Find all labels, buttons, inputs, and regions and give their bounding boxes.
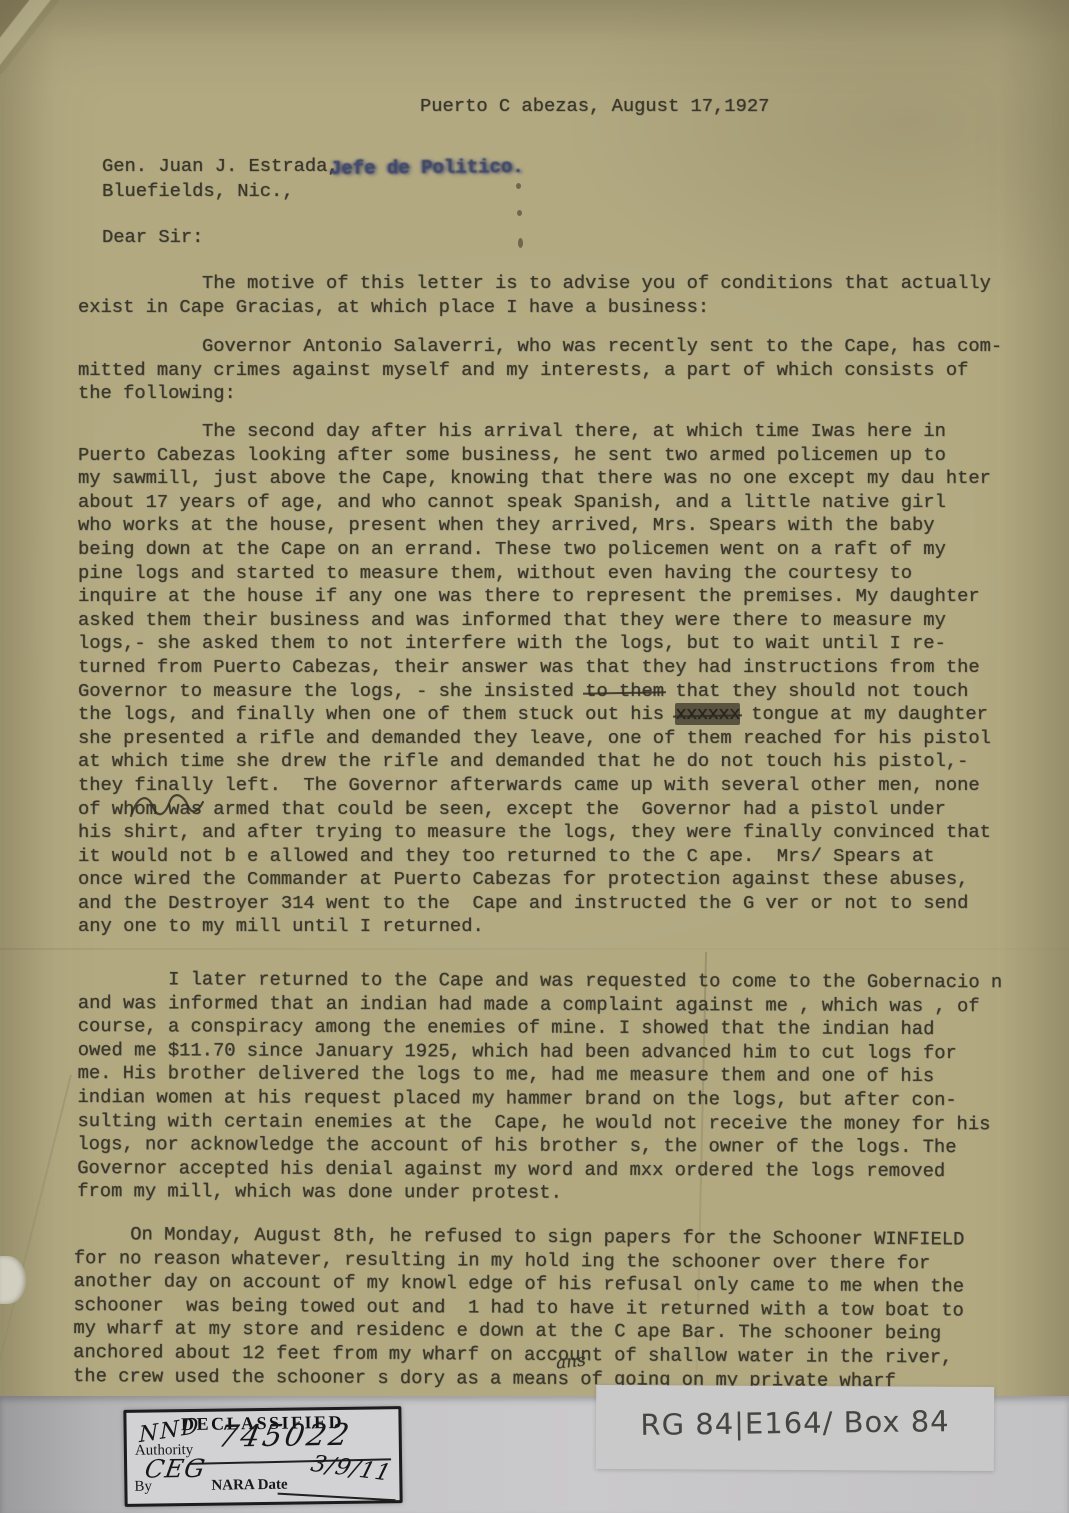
dateline: Puerto C abezas, August 17,1927: [420, 95, 769, 119]
text-segment: turned from Puerto Cabezas, their answer…: [78, 656, 980, 678]
paragraph: The second day after his arrival there, …: [78, 420, 991, 939]
horizontal-crease: [0, 948, 1069, 950]
date-underline: [278, 1493, 396, 1502]
text-segment: his shirt, and after trying to measure t…: [78, 821, 991, 843]
text-segment: anchored about 12 feet from my wharf on …: [73, 1341, 952, 1368]
text-segment: The motive of this letter is to advise y…: [78, 272, 991, 294]
letter-line: it would not b e allowed and they too re…: [78, 845, 991, 869]
letter-line: the following:: [78, 382, 1002, 406]
text-segment: schooner was being towed out and 1 had t…: [73, 1294, 964, 1321]
letter-line: Governor accepted his denial against my …: [77, 1157, 1001, 1184]
text-segment: Governor accepted his denial against my …: [77, 1157, 945, 1182]
strikethrough-text: to them: [585, 680, 664, 702]
letter-line: my sawmill, just above the Cape, knowing…: [78, 467, 991, 491]
text-segment: being down at the Cape on an errand. The…: [78, 538, 946, 560]
text-segment: On Monday, August 8th, he refused to sig…: [74, 1223, 965, 1250]
recipient-name: Gen. Juan J. Estrada,: [102, 155, 339, 179]
paragraph: I later returned to the Cape and was req…: [77, 968, 1002, 1207]
letter-line: and the Destroyer 314 went to the Cape a…: [78, 892, 991, 916]
text-segment: exist in Cape Gracias, at which place I …: [78, 296, 709, 318]
text-segment: Governor to measure the logs, - she insi…: [78, 680, 585, 702]
handwritten-correction: ans: [555, 1350, 587, 1373]
text-segment: of whom was armed that could be seen, ex…: [78, 798, 946, 820]
letter-line: me. His brother delivered the logs to me…: [78, 1062, 1002, 1089]
text-segment: owed me $11.70 since January 1925, which…: [78, 1039, 957, 1064]
text-segment: sulting with certain enemies at the Cape…: [77, 1110, 990, 1135]
text-segment: indian women at his request placed my ha…: [78, 1086, 957, 1111]
text-segment: pine logs and started to measure them, w…: [78, 562, 912, 584]
declassified-stamp: DECLASSIFIED Authority NND 745022 By CEG…: [123, 1406, 402, 1507]
letter-line: mitted many crimes against myself and my…: [78, 359, 1002, 383]
date-value: 3/9/11: [308, 1451, 394, 1486]
text-segment: Governor Antonio Salaverri, who was rece…: [78, 335, 1002, 357]
text-segment: logs,- she asked them to not interfere w…: [78, 632, 946, 654]
letter-line: owed me $11.70 since January 1925, which…: [78, 1039, 1002, 1066]
text-segment: any one to my mill until I returned.: [78, 915, 484, 937]
letter-line: indian women at his request placed my ha…: [78, 1086, 1002, 1113]
letter-line: logs, nor acknowledge the account of his…: [77, 1133, 1001, 1160]
text-segment: who works at the house, present when the…: [78, 514, 935, 536]
letter-line: The second day after his arrival there, …: [78, 420, 991, 444]
letter-line: asked them their business and was inform…: [78, 609, 991, 633]
letter-line: Puerto Cabezas looking after some busine…: [78, 444, 991, 468]
text-segment: me. His brother delivered the logs to me…: [78, 1062, 935, 1087]
corner-fold: [0, 0, 120, 74]
letter-line: exist in Cape Gracias, at which place I …: [78, 296, 991, 320]
paragraph: Governor Antonio Salaverri, who was rece…: [78, 335, 1002, 406]
letter-line: who works at the house, present when the…: [78, 514, 991, 538]
diagonal-crease: [0, 1075, 72, 1396]
salutation: Dear Sir:: [102, 226, 203, 250]
recipient-city: Bluefields, Nic.,: [102, 180, 294, 204]
letter-line: his shirt, and after trying to measure t…: [78, 821, 991, 845]
text-segment: inquire at the house if any one was ther…: [78, 585, 980, 607]
paragraph: The motive of this letter is to advise y…: [78, 272, 991, 319]
letter-line: the logs, and finally when one of them s…: [78, 703, 991, 727]
ink-speck: [516, 183, 521, 189]
ink-speck: [518, 238, 523, 248]
letter-line: and was informed that an indian had made…: [78, 992, 1002, 1019]
text-segment: my sawmill, just above the Cape, knowing…: [78, 467, 991, 489]
text-segment: at which time she drew the rifle and dem…: [78, 750, 968, 772]
text-segment: for no reason whatever, resulting in my …: [74, 1247, 931, 1274]
strikethrough-text: xxxxxx: [675, 703, 740, 725]
letter-line: logs,- she asked them to not interfere w…: [78, 632, 991, 656]
letter-line: of whom was armed that could be seen, ex…: [78, 798, 991, 822]
text-segment: that they should not touch: [664, 680, 968, 702]
letter-line: from my mill, which was done under prote…: [77, 1180, 1001, 1207]
paragraph: On Monday, August 8th, he refused to sig…: [73, 1223, 964, 1394]
archive-slip: RG 84|E164/ Box 84: [596, 1385, 994, 1471]
letter-line: inquire at the house if any one was ther…: [78, 585, 991, 609]
text-segment: asked them their business and was inform…: [78, 609, 946, 631]
text-segment: the following:: [78, 382, 236, 404]
authority-number: 745022: [215, 1418, 354, 1455]
letter-line: being down at the Cape on an errand. The…: [78, 538, 991, 562]
archive-reference: RG 84|E164/ Box 84: [596, 1404, 994, 1443]
recipient-title-overlay: Jefe de Politico.: [330, 156, 524, 180]
text-segment: about 17 years of age, and who cannot sp…: [78, 491, 946, 513]
text-segment: mitted many crimes against myself and my…: [78, 359, 968, 381]
text-segment: they finally left. The Governor afterwar…: [78, 774, 980, 796]
text-segment: my wharf at my store and residenc e down…: [73, 1317, 941, 1344]
text-segment: the logs, and finally when one of them s…: [78, 703, 675, 725]
text-segment: logs, nor acknowledge the account of his…: [77, 1133, 956, 1158]
letter-line: once wired the Commander at Puerto Cabez…: [78, 868, 991, 892]
text-segment: another day on account of my knowl edge …: [74, 1270, 965, 1297]
letter-line: any one to my mill until I returned.: [78, 915, 991, 939]
text-segment: and was informed that an indian had made…: [78, 992, 980, 1017]
ink-speck: [517, 210, 522, 216]
text-segment: she presented a rifle and demanded they …: [78, 727, 991, 749]
letter-line: pine logs and started to measure them, w…: [78, 562, 991, 586]
text-segment: Puerto Cabezas looking after some busine…: [78, 444, 946, 466]
letter-page: Puerto C abezas, August 17,1927 Gen. Jua…: [0, 0, 1069, 1513]
letter-line: turned from Puerto Cabezas, their answer…: [78, 656, 991, 680]
by-value: CEG: [143, 1454, 208, 1484]
letter-line: they finally left. The Governor afterwar…: [78, 774, 991, 798]
text-segment: and the Destroyer 314 went to the Cape a…: [78, 892, 968, 914]
nara-date-label: NARA Date: [211, 1477, 287, 1495]
text-segment: I later returned to the Cape and was req…: [78, 968, 1002, 993]
letter-line: sulting with certain enemies at the Cape…: [77, 1110, 1001, 1137]
text-segment: course, a conspiracy among the enemies o…: [78, 1015, 935, 1040]
handwritten-scribble: [128, 792, 206, 822]
text-segment: The second day after his arrival there, …: [78, 420, 946, 442]
letter-line: she presented a rifle and demanded they …: [78, 727, 991, 751]
letter-line: I later returned to the Cape and was req…: [78, 968, 1002, 995]
text-segment: from my mill, which was done under prote…: [77, 1180, 562, 1204]
letter-line: Governor to measure the logs, - she insi…: [78, 680, 991, 704]
letter-line: about 17 years of age, and who cannot sp…: [78, 491, 991, 515]
text-segment: once wired the Commander at Puerto Cabez…: [78, 868, 968, 890]
text-segment: it would not b e allowed and they too re…: [78, 845, 935, 867]
letter-line: The motive of this letter is to advise y…: [78, 272, 991, 296]
letter-line: course, a conspiracy among the enemies o…: [78, 1015, 1002, 1042]
letter-line: at which time she drew the rifle and dem…: [78, 750, 991, 774]
text-segment: tongue at my daughter: [740, 703, 988, 725]
letter-line: Governor Antonio Salaverri, who was rece…: [78, 335, 1002, 359]
